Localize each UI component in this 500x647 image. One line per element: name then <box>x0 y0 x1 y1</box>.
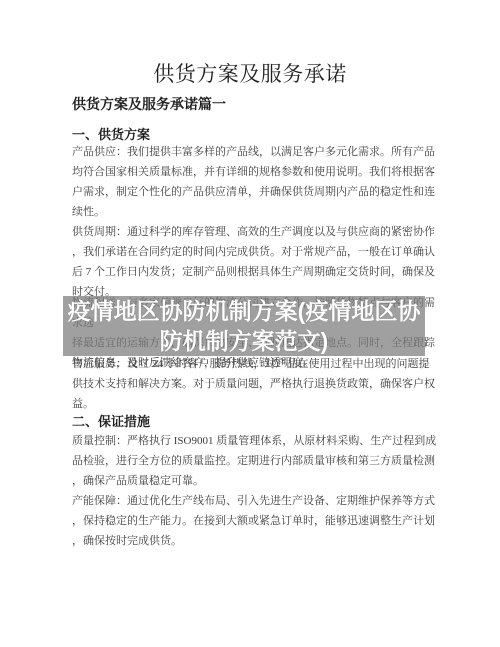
paragraph-aftersale-service: 售后服务：设立 24 小时客户服务热线，对产品在使用过程中出现的问题提 供技术支… <box>72 354 444 414</box>
paragraph-supply-cycle: 供货周期：通过科学的库存管理、高效的生产调度以及与供应商的紧密协作 ，我们承诺在… <box>72 222 444 302</box>
document-page: 供货方案及服务承诺 供货方案及服务承诺篇一 一、供货方案 产品供应：我们提供丰富… <box>0 0 500 647</box>
paragraph-product-supply: 产品供应：我们提供丰富多样的产品线，以满足客户多元化需求。所有产品 均符合国家相… <box>72 142 444 222</box>
paragraph-quality-control: 质量控制：严格执行 ISO9001 质量管理体系，从原材料采购、生产过程到成 品… <box>72 431 444 491</box>
document-title: 供货方案及服务承诺 <box>0 58 500 88</box>
paragraph-capacity-guarantee: 产能保障：通过优化生产线布局、引入先进生产设备、定期维护保养等方式 ，保持稳定的… <box>72 491 444 551</box>
overlay-title-line2: 防机制方案范文) <box>63 326 425 356</box>
section-heading-supply-plan: 一、供货方案 <box>72 124 150 143</box>
overlay-title-line1: 疫情地区协防机制方案(疫情地区协 <box>63 296 425 326</box>
document-subtitle: 供货方案及服务承诺篇一 <box>72 94 226 114</box>
section-heading-guarantee-measures: 二、保证措施 <box>72 411 150 430</box>
watermark-overlay-banner: 疫情地区协防机制方案(疫情地区协 防机制方案范文) <box>63 296 425 356</box>
